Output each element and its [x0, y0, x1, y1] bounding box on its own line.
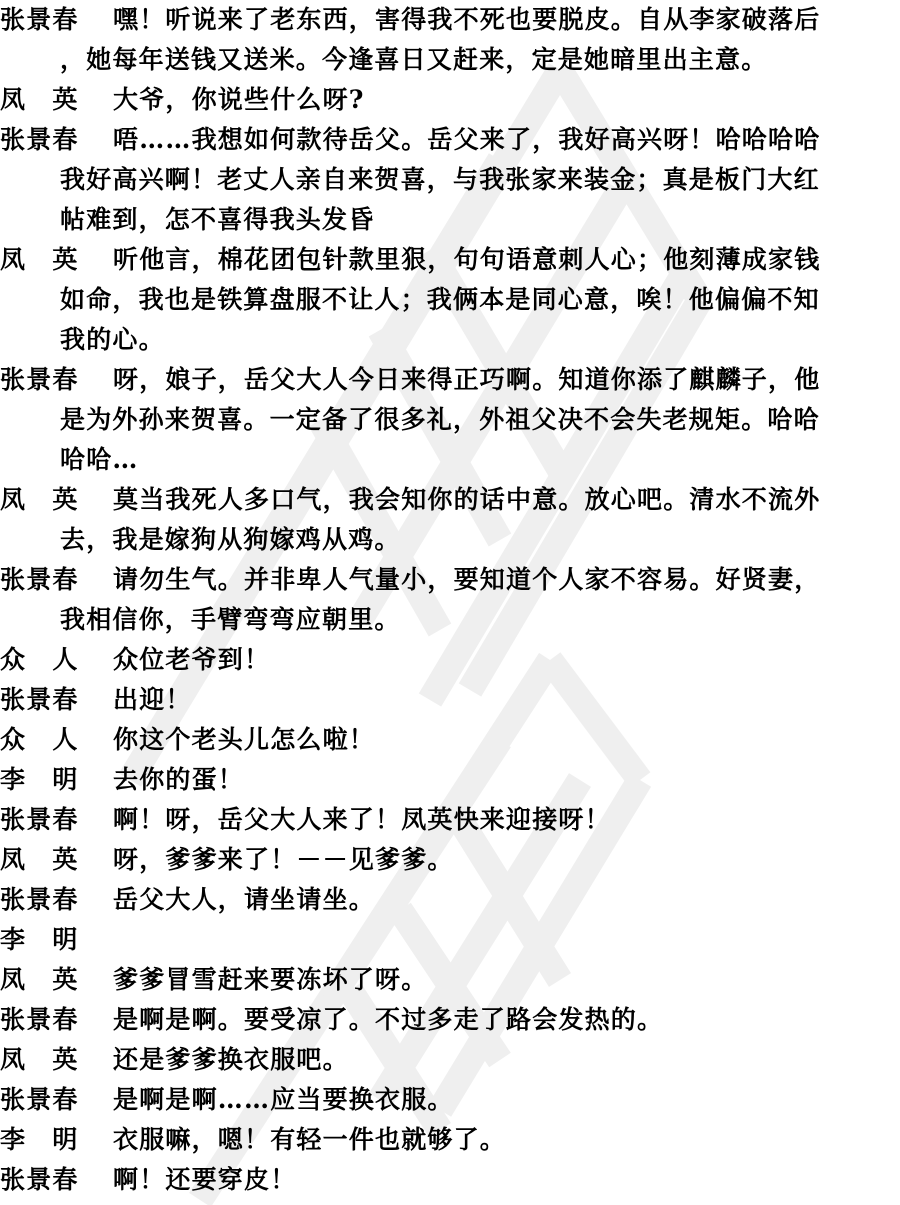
dialogue-entry: 李 明 衣服嘛，嗯！有轻一件也就够了。 [0, 1120, 900, 1160]
dialogue-line: 莫当我死人多口气，我会知你的话中意。放心吧。清水不流外 [0, 480, 900, 520]
dialogue-line-continuation: 如命，我也是铁算盘服不让人；我俩本是同心意，唉！他偏偏不知 [0, 280, 900, 320]
dialogue-entry: 张景春 嘿！听说来了老东西，害得我不死也要脱皮。自从李家破落后，她每年送钱又送米… [0, 0, 900, 80]
dialogue-text: 是啊是啊……应当要换衣服。 [0, 1080, 900, 1120]
dialogue-line-continuation: 是为外孙来贺喜。一定备了很多礼，外祖父决不会失老规矩。哈哈 [0, 400, 900, 440]
speaker-name: 众 人 [0, 720, 110, 760]
speaker-name: 李 明 [0, 1120, 110, 1160]
dialogue-line: 呀，爹爹来了！－－见爹爹。 [0, 840, 900, 880]
dialogue-text [0, 920, 900, 960]
dialogue-text: 大爷，你说些什么呀? [0, 80, 900, 120]
dialogue-entry: 众 人 你这个老头儿怎么啦！ [0, 720, 900, 760]
dialogue-line: 嘿！听说来了老东西，害得我不死也要脱皮。自从李家破落后 [0, 0, 900, 40]
dialogue-entry: 凤 英 莫当我死人多口气，我会知你的话中意。放心吧。清水不流外去，我是嫁狗从狗嫁… [0, 480, 900, 560]
dialogue-line-continuation: 我相信你，手臂弯弯应朝里。 [0, 600, 900, 640]
dialogue-entry: 众 人 众位老爷到！ [0, 640, 900, 680]
speaker-name: 张景春 [0, 1160, 110, 1200]
dialogue-line: 爹爹冒雪赶来要冻坏了呀。 [0, 960, 900, 1000]
dialogue-text: 唔……我想如何款待岳父。岳父来了，我好高兴呀！哈哈哈哈我好高兴啊！老丈人亲自来贺… [0, 120, 900, 240]
dialogue-text: 去你的蛋！ [0, 760, 900, 800]
dialogue-text: 呀，娘子，岳父大人今日来得正巧啊。知道你添了麒麟子，他是为外孙来贺喜。一定备了很… [0, 360, 900, 480]
dialogue-line-continuation: 去，我是嫁狗从狗嫁鸡从鸡。 [0, 520, 900, 560]
dialogue-text: 请勿生气。并非卑人气量小，要知道个人家不容易。好贤妻，我相信你，手臂弯弯应朝里。 [0, 560, 900, 640]
dialogue-line: 呀，娘子，岳父大人今日来得正巧啊。知道你添了麒麟子，他 [0, 360, 900, 400]
dialogue-line: 你这个老头儿怎么啦！ [0, 720, 900, 760]
speaker-name: 凤 英 [0, 80, 110, 120]
dialogue-line: 啊！还要穿皮！ [0, 1160, 900, 1200]
dialogue-entry: 凤 英 爹爹冒雪赶来要冻坏了呀。 [0, 960, 900, 1000]
dialogue-text: 是啊是啊。要受凉了。不过多走了路会发热的。 [0, 1000, 900, 1040]
dialogue-entry: 李 明 [0, 920, 900, 960]
dialogue-text: 出迎！ [0, 680, 900, 720]
speaker-name: 凤 英 [0, 1040, 110, 1080]
dialogue-line: 请勿生气。并非卑人气量小，要知道个人家不容易。好贤妻， [0, 560, 900, 600]
speaker-name: 张景春 [0, 800, 110, 840]
speaker-name: 凤 英 [0, 480, 110, 520]
dialogue-text: 岳父大人，请坐请坐。 [0, 880, 900, 920]
dialogue-line: 去你的蛋！ [0, 760, 900, 800]
dialogue-line-continuation: ，她每年送钱又送米。今逢喜日又赶来，定是她暗里出主意。 [0, 40, 900, 80]
dialogue-entry: 凤 英 听他言，棉花团包针款里狠，句句语意刺人心；他刻薄成家钱如命，我也是铁算盘… [0, 240, 900, 360]
dialogue-text: 呀，爹爹来了！－－见爹爹。 [0, 840, 900, 880]
dialogue-line: 听他言，棉花团包针款里狠，句句语意刺人心；他刻薄成家钱 [0, 240, 900, 280]
speaker-name: 张景春 [0, 360, 110, 400]
dialogue-line-continuation: 帖难到，怎不喜得我头发昏 [0, 200, 900, 240]
dialogue-entry: 张景春 唔……我想如何款待岳父。岳父来了，我好高兴呀！哈哈哈哈我好高兴啊！老丈人… [0, 120, 900, 240]
dialogue-entry: 张景春 岳父大人，请坐请坐。 [0, 880, 900, 920]
dialogue-text: 还是爹爹换衣服吧。 [0, 1040, 900, 1080]
dialogue-text: 莫当我死人多口气，我会知你的话中意。放心吧。清水不流外去，我是嫁狗从狗嫁鸡从鸡。 [0, 480, 900, 560]
speaker-name: 凤 英 [0, 840, 110, 880]
dialogue-line: 衣服嘛，嗯！有轻一件也就够了。 [0, 1120, 900, 1160]
dialogue-entry: 张景春 啊！还要穿皮！ [0, 1160, 900, 1200]
speaker-name: 张景春 [0, 1080, 110, 1120]
dialogue-line: 大爷，你说些什么呀? [0, 80, 900, 120]
dialogue-line-continuation: 我好高兴啊！老丈人亲自来贺喜，与我张家来装金；真是板门大红 [0, 160, 900, 200]
dialogue-text: 众位老爷到！ [0, 640, 900, 680]
dialogue-entry: 张景春 是啊是啊。要受凉了。不过多走了路会发热的。 [0, 1000, 900, 1040]
dialogue-entry: 张景春 啊！呀，岳父大人来了！凤英快来迎接呀！ [0, 800, 900, 840]
dialogue-entry: 凤 英 呀，爹爹来了！－－见爹爹。 [0, 840, 900, 880]
dialogue-line [0, 920, 900, 960]
dialogue-text: 听他言，棉花团包针款里狠，句句语意刺人心；他刻薄成家钱如命，我也是铁算盘服不让人… [0, 240, 900, 360]
speaker-name: 张景春 [0, 680, 110, 720]
dialogue-line-continuation: 我的心。 [0, 320, 900, 360]
script-document: 张景春 嘿！听说来了老东西，害得我不死也要脱皮。自从李家破落后，她每年送钱又送米… [0, 0, 900, 1200]
dialogue-entry: 张景春 呀，娘子，岳父大人今日来得正巧啊。知道你添了麒麟子，他是为外孙来贺喜。一… [0, 360, 900, 480]
dialogue-line: 啊！呀，岳父大人来了！凤英快来迎接呀！ [0, 800, 900, 840]
speaker-name: 凤 英 [0, 240, 110, 280]
dialogue-line-continuation: 哈哈… [0, 440, 900, 480]
speaker-name: 张景春 [0, 560, 110, 600]
dialogue-text: 嘿！听说来了老东西，害得我不死也要脱皮。自从李家破落后，她每年送钱又送米。今逢喜… [0, 0, 900, 80]
speaker-name: 众 人 [0, 640, 110, 680]
dialogue-line: 出迎！ [0, 680, 900, 720]
dialogue-line: 是啊是啊。要受凉了。不过多走了路会发热的。 [0, 1000, 900, 1040]
speaker-name: 张景春 [0, 880, 110, 920]
speaker-name: 张景春 [0, 0, 110, 40]
dialogue-entry: 张景春 请勿生气。并非卑人气量小，要知道个人家不容易。好贤妻，我相信你，手臂弯弯… [0, 560, 900, 640]
dialogue-text: 啊！呀，岳父大人来了！凤英快来迎接呀！ [0, 800, 900, 840]
speaker-name: 张景春 [0, 120, 110, 160]
dialogue-text: 爹爹冒雪赶来要冻坏了呀。 [0, 960, 900, 1000]
dialogue-line: 岳父大人，请坐请坐。 [0, 880, 900, 920]
speaker-name: 李 明 [0, 920, 110, 960]
dialogue-line: 唔……我想如何款待岳父。岳父来了，我好高兴呀！哈哈哈哈 [0, 120, 900, 160]
dialogue-line: 众位老爷到！ [0, 640, 900, 680]
dialogue-text: 你这个老头儿怎么啦！ [0, 720, 900, 760]
dialogue-entry: 李 明 去你的蛋！ [0, 760, 900, 800]
dialogue-entry: 张景春 是啊是啊……应当要换衣服。 [0, 1080, 900, 1120]
speaker-name: 张景春 [0, 1000, 110, 1040]
speaker-name: 李 明 [0, 760, 110, 800]
dialogue-line: 还是爹爹换衣服吧。 [0, 1040, 900, 1080]
dialogue-text: 衣服嘛，嗯！有轻一件也就够了。 [0, 1120, 900, 1160]
dialogue-entry: 凤 英 大爷，你说些什么呀? [0, 80, 900, 120]
dialogue-line: 是啊是啊……应当要换衣服。 [0, 1080, 900, 1120]
dialogue-entry: 凤 英 还是爹爹换衣服吧。 [0, 1040, 900, 1080]
speaker-name: 凤 英 [0, 960, 110, 1000]
dialogue-text: 啊！还要穿皮！ [0, 1160, 900, 1200]
dialogue-entry: 张景春 出迎！ [0, 680, 900, 720]
